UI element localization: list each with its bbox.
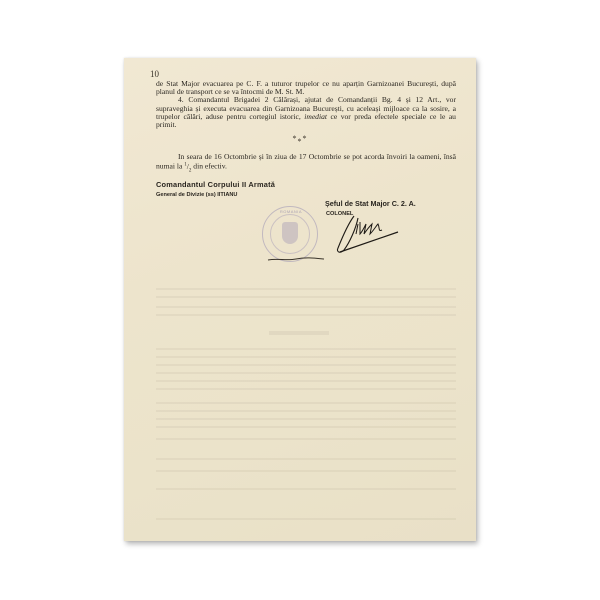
stamp-text: ROMANIA — [263, 209, 319, 214]
bleed-through-line — [156, 380, 456, 382]
asterism-divider: *** — [124, 134, 476, 143]
page-number: 10 — [150, 69, 159, 79]
commander-name: General de Divizie (ss) IITIANU — [156, 192, 275, 198]
bleed-through-line — [156, 402, 456, 404]
paragraph-item-4: 4. Comandantul Brigadei 2 Călărași, ajut… — [156, 96, 456, 129]
bleed-through-line — [156, 372, 456, 374]
paragraph-evacuation: de Stat Major evacuarea pe C. F. a tutur… — [156, 80, 456, 96]
bleed-through-line — [156, 470, 456, 472]
bleed-through-line — [156, 518, 456, 520]
bleed-through-line — [156, 364, 456, 366]
document-page: 10 de Stat Major evacuarea pe C. F. a tu… — [124, 58, 476, 541]
bleed-through-line — [156, 348, 456, 350]
bleed-through-line — [156, 458, 456, 460]
bleed-through-line — [156, 306, 456, 308]
chief-of-staff-title: Șeful de Stat Major C. 2. A. — [325, 199, 416, 208]
bleed-through-line — [156, 388, 456, 390]
leave-text-end: din efectiv. — [193, 162, 227, 171]
fraction-numerator: 1 — [184, 162, 187, 167]
italic-emphasis: imediat — [304, 112, 327, 121]
signatory-commander: Comandantul Corpului II Armată General d… — [156, 180, 275, 198]
bleed-through-heading — [269, 331, 329, 335]
bleed-through-line — [156, 488, 456, 490]
bleed-through-line — [156, 296, 456, 298]
commander-title: Comandantul Corpului II Armată — [156, 180, 275, 189]
bleed-through-line — [156, 418, 456, 420]
bleed-through-line — [156, 288, 456, 290]
coat-of-arms-icon — [282, 222, 298, 244]
body-text: de Stat Major evacuarea pe C. F. a tutur… — [156, 80, 456, 129]
bleed-through-line — [156, 410, 456, 412]
stamp-underline — [266, 256, 326, 262]
official-stamp-icon: ROMANIA — [262, 206, 318, 262]
bleed-through-line — [156, 426, 456, 428]
fraction-denominator: 2 — [189, 168, 192, 173]
paragraph-leave: In seara de 16 Octombrie și în ziua de 1… — [156, 153, 456, 175]
bleed-through-line — [156, 356, 456, 358]
fraction: 1/2 — [184, 162, 191, 171]
handwritten-signature — [334, 210, 404, 256]
bleed-through-line — [156, 438, 456, 440]
bleed-through-line — [156, 314, 456, 316]
